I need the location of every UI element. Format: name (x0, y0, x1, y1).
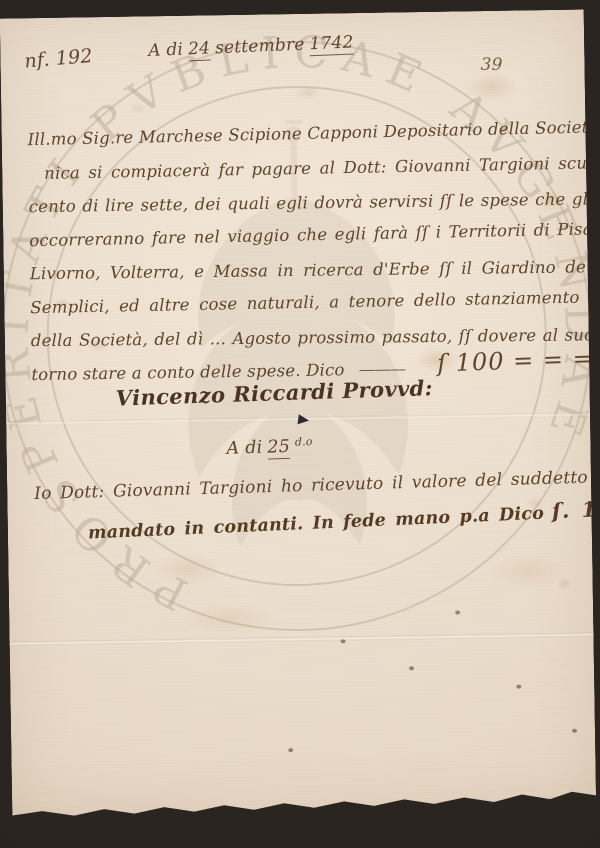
receipt-line: Io Dott: Giovanni Targioni ho ricevuto i… (34, 468, 588, 504)
fold-crease (10, 632, 594, 645)
stain (553, 576, 577, 592)
archival-number: nf. 192 (24, 45, 94, 73)
date-year: 1742 (309, 32, 354, 56)
stain (536, 814, 566, 836)
speck (288, 748, 293, 752)
speck (341, 639, 346, 643)
speck (455, 610, 460, 614)
speck (572, 729, 577, 733)
date-day: 24 (188, 38, 211, 61)
date-line: A di24settembre1742 (148, 32, 359, 61)
ink-blot (298, 414, 310, 425)
date-prefix: A di (148, 40, 184, 61)
stain (290, 82, 326, 105)
manuscript-paper: PROSPERITATI PVBLICAE AVGENDAE nf. 192 A (0, 9, 596, 816)
stain (125, 100, 151, 116)
stain (163, 595, 294, 642)
amount-scudi: ſ 100 = = = = (437, 343, 600, 377)
stain (142, 546, 233, 592)
folio-number: 39 (480, 55, 502, 75)
receipt-line-text: mandato in contanti. In fede mano p.a Di… (88, 504, 545, 544)
date-month: settembre (215, 35, 305, 59)
date2-day: 25 (267, 437, 290, 460)
receipt-amount: ſ. 100 = = = = (551, 490, 600, 524)
second-date-line: A di25d.o (226, 435, 318, 459)
speck (409, 666, 414, 670)
date2-prefix: A di (226, 438, 262, 459)
speck (516, 685, 521, 689)
date2-suffix: d.o (295, 435, 313, 449)
document-scan: PROSPERITATI PVBLICAE AVGENDAE nf. 192 A (0, 0, 600, 848)
